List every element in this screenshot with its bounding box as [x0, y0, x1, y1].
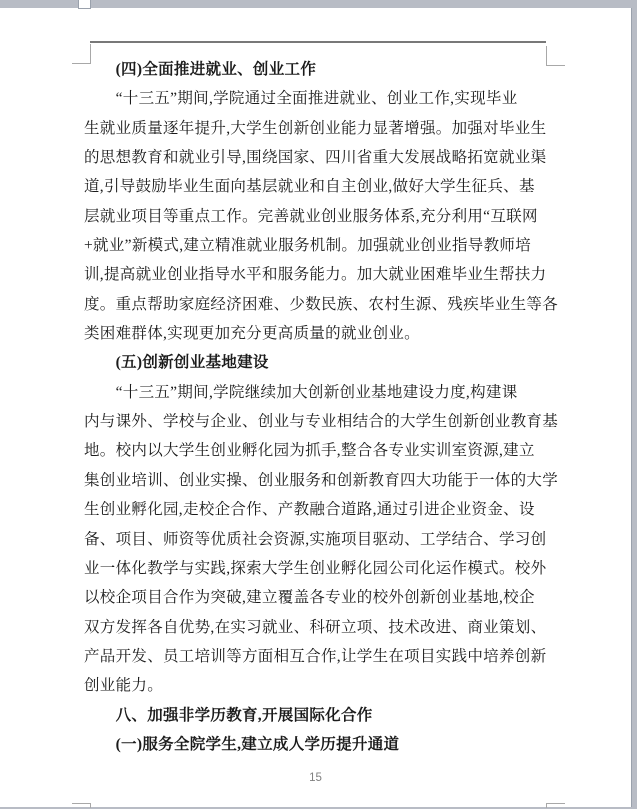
text-line[interactable]: 集创业培训、创业实操、创业服务和创新教育四大功能于一体的大学 — [84, 466, 566, 495]
text-line[interactable]: 创业能力。 — [84, 671, 566, 700]
page-number: 15 — [0, 772, 631, 784]
text-boundary-mark-bottom-left — [72, 803, 91, 808]
text-line[interactable]: 道,引导鼓励毕业生面向基层就业和自主创业,做好大学生征兵、基 — [84, 172, 566, 201]
text-line[interactable]: 生就业质量逐年提升,大学生创新创业能力显著增强。加强对毕业生 — [84, 114, 566, 143]
section-heading-level1[interactable]: 八、加强非学历教育,开展国际化合作 — [84, 701, 566, 730]
text-line[interactable]: 层就业项目等重点工作。完善就业创业服务体系,充分利用“互联网 — [84, 202, 566, 231]
text-line[interactable]: 的思想教育和就业引导,围绕国家、四川省重大发展战略拓宽就业渠 — [84, 143, 566, 172]
text-line[interactable]: 度。重点帮助家庭经济困难、少数民族、农村生源、残疾毕业生等各 — [84, 290, 566, 319]
page-gap-artifact — [78, 0, 91, 9]
text-line[interactable]: 备、项目、师资等优质社会资源,实施项目驱动、工学结合、学习创 — [84, 525, 566, 554]
text-line[interactable]: “十三五”期间,学院继续加大创新创业基地建设力度,构建课 — [84, 378, 566, 407]
text-line[interactable]: 类困难群体,实现更加充分更高质量的就业创业。 — [84, 319, 566, 348]
text-line[interactable]: 业一体化教学与实践,探索大学生创业孵化园公司化运作模式。校外 — [84, 554, 566, 583]
text-line[interactable]: +就业”新模式,建立精准就业服务机制。加强就业创业指导教师培 — [84, 231, 566, 260]
text-line[interactable]: 内与课外、学校与企业、创业与专业相结合的大学生创新创业教育基 — [84, 407, 566, 436]
text-boundary-mark-bottom-right — [546, 803, 565, 808]
section-heading-level2[interactable]: (四)全面推进就业、创业工作 — [84, 55, 566, 84]
text-line[interactable]: “十三五”期间,学院通过全面推进就业、创业工作,实现毕业 — [84, 84, 566, 113]
text-line[interactable]: 产品开发、员工培训等方面相互合作,让学生在项目实践中培养创新 — [84, 642, 566, 671]
section-heading-level2[interactable]: (五)创新创业基地建设 — [84, 348, 566, 377]
section-heading-level2[interactable]: (一)服务全院学生,建立成人学历提升通道 — [84, 730, 566, 759]
document-page: (四)全面推进就业、创业工作“十三五”期间,学院通过全面推进就业、创业工作,实现… — [0, 8, 632, 807]
text-line[interactable]: 双方发挥各自优势,在实习就业、科研立项、技术改进、商业策划、 — [84, 613, 566, 642]
text-line[interactable]: 地。校内以大学生创业孵化园为抓手,整合各专业实训室资源,建立 — [84, 436, 566, 465]
header-separator-line — [90, 41, 546, 43]
text-line[interactable]: 以校企项目合作为突破,建立覆盖各专业的校外创新创业基地,校企 — [84, 583, 566, 612]
text-line[interactable]: 训,提高就业创业指导水平和服务能力。加大就业困难毕业生帮扶力 — [84, 260, 566, 289]
page-body-text: (四)全面推进就业、创业工作“十三五”期间,学院通过全面推进就业、创业工作,实现… — [84, 55, 566, 759]
text-line[interactable]: 生创业孵化园,走校企合作、产教融合道路,通过引进企业资金、设 — [84, 495, 566, 524]
